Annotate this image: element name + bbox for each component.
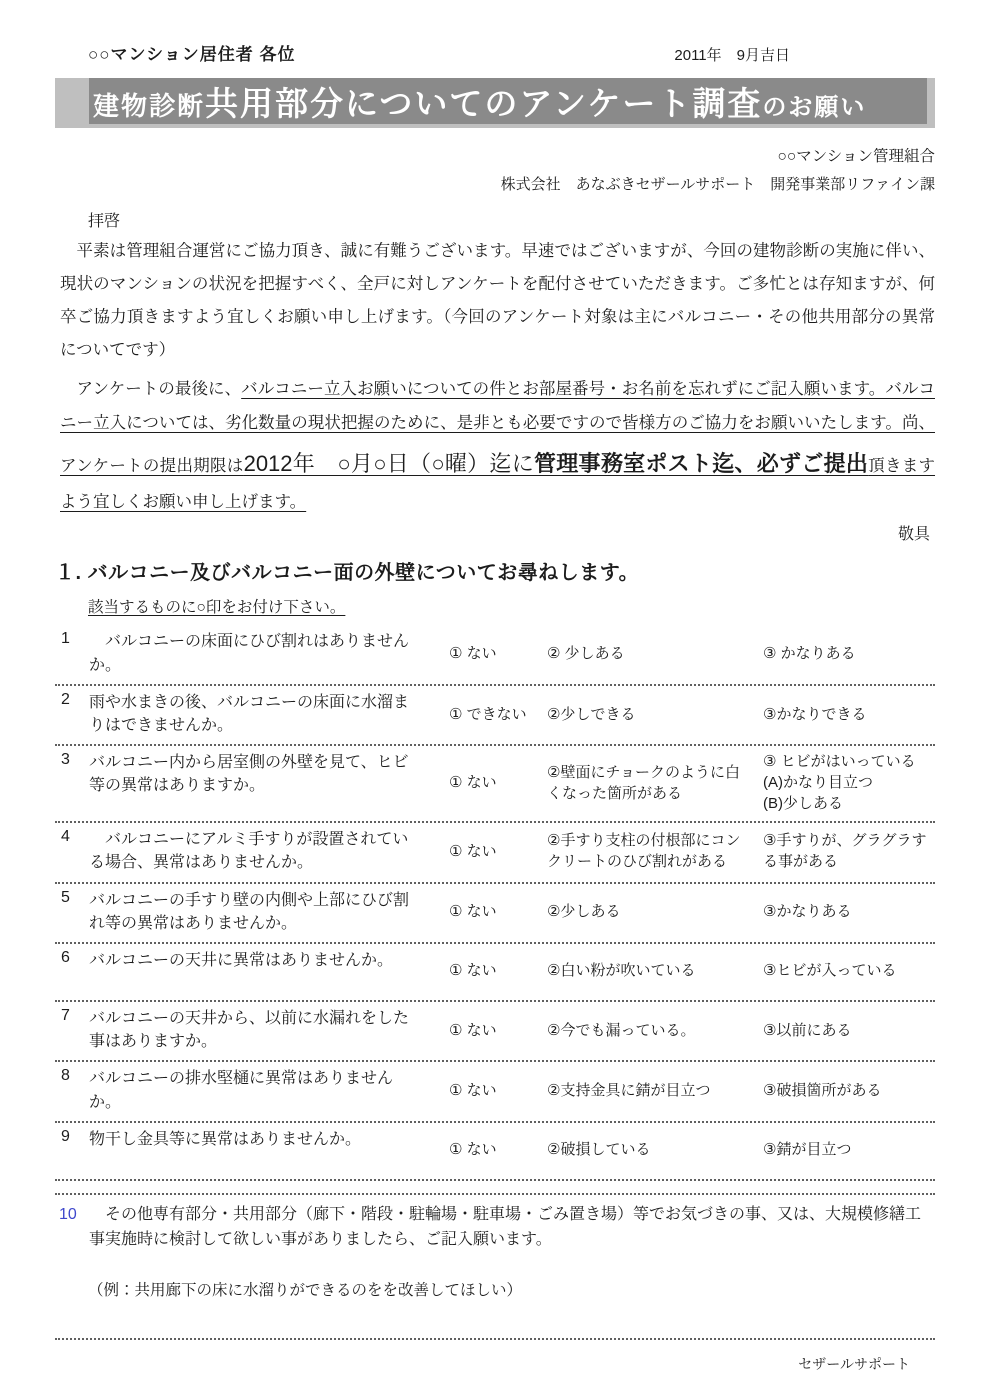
sender-block: ○○マンション管理組合 株式会社 あなぶきセザールサポート 開発事業部リファイン… <box>0 142 990 200</box>
option-1: ① できない <box>427 704 537 725</box>
option-1: ① ない <box>427 1020 537 1041</box>
question-10-text: その他専有部分・共用部分（廊下・階段・駐輪場・駐車場・ごみ置き場）等でお気づきの… <box>89 1203 935 1253</box>
title-banner-inner: 建物診断共用部分についてのアンケート調査のお願い <box>89 78 927 124</box>
option-3: ③かなりある <box>749 901 935 922</box>
question-number: 1 <box>55 630 89 648</box>
option-3: ③ ヒビがはいっている (A)かなり目立つ (B)少しある <box>749 751 935 814</box>
request-paragraph: アンケートの最後に、バルコニー立入お願いについての件とお部屋番号・お名前を忘れず… <box>60 373 935 520</box>
question-row: 2 雨や水まきの後、バルコニーの床面に水溜まりはできませんか。 ① できない ②… <box>55 686 935 746</box>
page-title-main: 共用部分についてのアンケート調査 <box>205 85 762 122</box>
question-table: 1 バルコニーの床面にひび割れはありませんか。 ① ない ② 少しある ③ かな… <box>55 625 935 1180</box>
option-3: ③ かなりある <box>749 643 935 664</box>
salutation: 拝啓 <box>88 208 990 231</box>
question-text: バルコニーの天井に異常はありませんか。 <box>89 949 427 972</box>
question-number: 3 <box>55 751 89 769</box>
question-text: バルコニーの天井から、以前に水漏れをした事はありますか。 <box>89 1007 427 1053</box>
question-10: 10 その他専有部分・共用部分（廊下・階段・駐輪場・駐車場・ごみ置き場）等でお気… <box>55 1193 935 1253</box>
question-row: 1 バルコニーの床面にひび割れはありませんか。 ① ない ② 少しある ③ かな… <box>55 625 935 685</box>
intro-paragraph: 平素は管理組合運営にご協力頂き、誠に有難うございます。早速ではございますが、今回… <box>60 235 935 367</box>
option-2: ②今でも漏っている。 <box>537 1020 749 1041</box>
option-1: ① ない <box>427 841 537 862</box>
option-2: ②手すり支柱の付根部にコンクリートのひび割れがある <box>537 830 749 872</box>
option-2: ②壁面にチョークのように白くなった箇所がある <box>537 762 749 804</box>
option-2: ② 少しある <box>537 643 749 664</box>
question-number: 7 <box>55 1007 89 1025</box>
recipient-line: ○○マンション居住者 各位 <box>88 40 296 65</box>
option-2: ②少しある <box>537 901 749 922</box>
instruction-text: 該当するものに○印をお付け下さい。 <box>88 599 345 616</box>
question-number: 5 <box>55 889 89 907</box>
instruction-line: 該当するものに○印をお付け下さい。 <box>88 595 990 617</box>
submit-place: 管理事務室ポスト迄、必ずご提出 <box>534 451 868 476</box>
question-text: バルコニー内から居室側の外壁を見て、ヒビ等の異常はありますか。 <box>89 751 427 797</box>
top-row: ○○マンション居住者 各位 2011年 9月吉日 <box>0 0 990 65</box>
request-plain: アンケートの最後に、 <box>60 380 241 398</box>
question-text: 雨や水まきの後、バルコニーの床面に水溜まりはできませんか。 <box>89 691 427 737</box>
example-text: （例：共用廊下の床に水溜りができるのをを改善してほしい） <box>88 1278 990 1300</box>
option-1: ① ない <box>427 1139 537 1160</box>
option-1: ① ない <box>427 772 537 793</box>
question-text: バルコニーの床面にひび割れはありませんか。 <box>89 630 427 676</box>
document-page: ○○マンション居住者 各位 2011年 9月吉日 建物診断共用部分についてのアン… <box>0 0 990 1400</box>
option-1: ① ない <box>427 960 537 981</box>
section-title: １. バルコニー及びバルコニー面の外壁についてお尋ねします。 <box>55 556 990 585</box>
question-text: 物干し金具等に異常はありませんか。 <box>89 1128 427 1151</box>
question-text: バルコニーの排水堅樋に異常はありませんか。 <box>89 1067 427 1113</box>
page-title: 建物診断共用部分についてのアンケート調査のお願い <box>93 78 866 124</box>
option-1: ① ない <box>427 643 537 664</box>
title-banner: 建物診断共用部分についてのアンケート調査のお願い <box>55 78 935 128</box>
option-3: ③手すりが、グラグラする事がある <box>749 830 935 872</box>
question-text: バルコニーの手すり壁の内側や上部にひび割れ等の異常はありませんか。 <box>89 889 427 935</box>
question-row: 5 バルコニーの手すり壁の内側や上部にひび割れ等の異常はありませんか。 ① ない… <box>55 884 935 944</box>
page-title-prefix: 建物診断 <box>93 91 205 121</box>
option-1: ① ない <box>427 1080 537 1101</box>
question-row: 9 物干し金具等に異常はありませんか。 ① ない ②破損している ③錆が目立つ <box>55 1123 935 1181</box>
option-2: ②破損している <box>537 1139 749 1160</box>
option-3: ③かなりできる <box>749 704 935 725</box>
closing-word: 敬具 <box>0 521 990 544</box>
page-title-suffix: のお願い <box>762 94 866 121</box>
question-row: 7 バルコニーの天井から、以前に水漏れをした事はありますか。 ① ない ②今でも… <box>55 1002 935 1062</box>
question-number: 2 <box>55 691 89 709</box>
request-underlined: バルコニー立入お願いについての件とお部屋番号・お名前を忘れずにご記入願います。バ… <box>60 380 935 511</box>
question-row: 4 バルコニーにアルミ手すりが設置されている場合、異常はありませんか。 ① ない… <box>55 823 935 883</box>
question-row: 6 バルコニーの天井に異常はありませんか。 ① ない ②白い粉が吹いている ③ヒ… <box>55 944 935 1002</box>
bottom-separator-line <box>55 1338 935 1340</box>
option-2: ②少しできる <box>537 704 749 725</box>
footer-note: セザールサポート <box>798 1354 910 1374</box>
option-1: ① ない <box>427 901 537 922</box>
question-number: 6 <box>55 949 89 967</box>
option-2: ②支持金具に錆が目立つ <box>537 1080 749 1101</box>
option-3: ③以前にある <box>749 1020 935 1041</box>
sender-company: 株式会社 あなぶきセザールサポート 開発事業部リファイン課 <box>0 171 935 200</box>
table-gap <box>0 1181 990 1193</box>
question-number: 9 <box>55 1128 89 1146</box>
option-3: ③破損箇所がある <box>749 1080 935 1101</box>
option-2: ②白い粉が吹いている <box>537 960 749 981</box>
option-3: ③ヒビが入っている <box>749 960 935 981</box>
question-number: 4 <box>55 828 89 846</box>
option-3: ③錆が目立つ <box>749 1139 935 1160</box>
document-date: 2011年 9月吉日 <box>674 44 790 65</box>
question-10-number: 10 <box>55 1203 89 1253</box>
question-row: 3 バルコニー内から居室側の外壁を見て、ヒビ等の異常はありますか。 ① ない ②… <box>55 746 935 823</box>
question-text: バルコニーにアルミ手すりが設置されている場合、異常はありませんか。 <box>89 828 427 874</box>
sender-org: ○○マンション管理組合 <box>0 142 935 171</box>
question-number: 8 <box>55 1067 89 1085</box>
question-row: 8 バルコニーの排水堅樋に異常はありませんか。 ① ない ②支持金具に錆が目立つ… <box>55 1062 935 1122</box>
deadline-date: 2012年 ○月○日（○曜）迄に <box>244 451 534 476</box>
